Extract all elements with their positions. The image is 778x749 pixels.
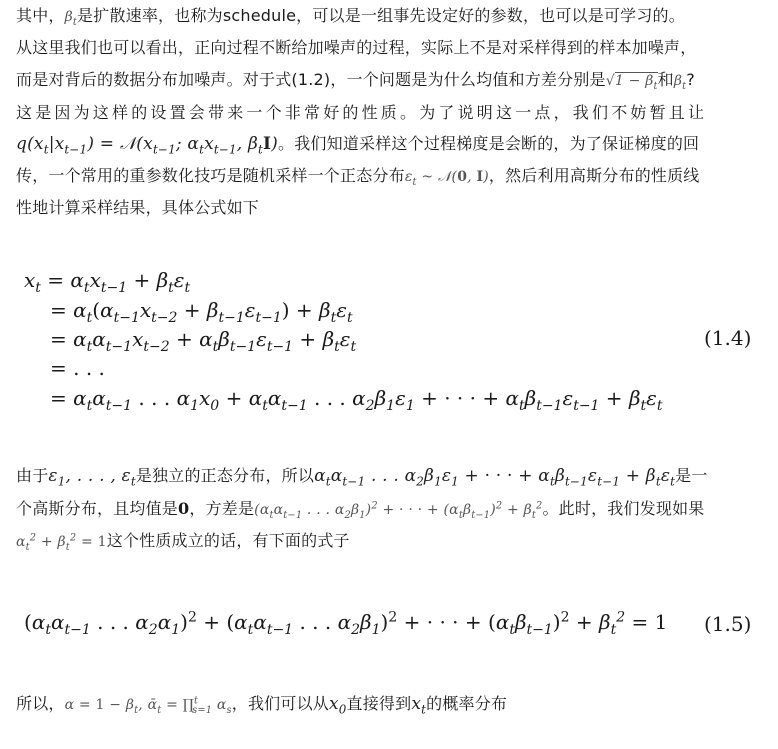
math-unit-condition: αt2 + βt2 = 1 (16, 534, 107, 550)
equation-row-2: = αt(αt−1xt−2 + βt−1εt−1) + βtεt (50, 298, 353, 322)
text: 是独立的正态分布，所以 (136, 466, 314, 485)
text: 个高斯分布，且均值是 (16, 499, 178, 518)
text: 直接得到 (347, 694, 412, 713)
math-sqrt-one-minus-beta: √1 − βt (606, 72, 658, 89)
math-beta-t: βt (65, 9, 77, 25)
math-xt: xt (411, 694, 426, 714)
text: 所以， (16, 694, 65, 713)
math-variance: (αtαt−1 . . . α2β1)2 + · · · + (αtβt−1)2… (254, 502, 542, 518)
text: 这个性质成立的话，有下面的式子 (107, 531, 350, 550)
paragraph-1-line-6: 传，一个常用的重参数化技巧是随机采样一个正态分布εt ~ 𝒩(0, I)，然后利… (16, 166, 700, 187)
text: ，我们可以从 (232, 694, 329, 713)
equation-row-1: xt = αtxt−1 + βtεt (24, 268, 190, 292)
math-q-definition: q(xt|xt−1) = 𝒩(xt−1; αtxt−1, βtI) (16, 134, 278, 154)
equation-row-5: = αtαt−1 . . . α1x0 + αtαt−1 . . . α2β1ε… (50, 386, 663, 410)
math-noise-sum: αtαt−1 . . . α2β1ε1 + · · · + αtβt−1εt−1… (314, 466, 675, 486)
text: 由于 (16, 466, 48, 485)
paragraph-1-line-1: 其中，βt是扩散速率，也称为schedule，可以是一组事先设定好的参数，也可以… (16, 6, 685, 27)
math-x0: x0 (329, 694, 347, 714)
math-epsilon-sequence: ε1, . . . , εt (48, 466, 135, 486)
text: 传，一个常用的重参数化技巧是随机采样一个正态分布 (16, 166, 405, 185)
paragraph-2-line-3: αt2 + βt2 = 1这个性质成立的话，有下面的式子 (16, 531, 350, 552)
text: 。我们知道采样这个过程梯度是会断的，为了保证梯度的回 (278, 134, 699, 153)
paragraph-1-line-7: 性地计算采样结果，具体公式如下 (16, 198, 259, 218)
paragraph-1-line-3: 而是对背后的数据分布加噪声。对于式(1.2)，一个问题是为什么均值和方差分别是√… (16, 70, 695, 91)
text: 是一 (675, 466, 707, 485)
paragraph-3: 所以，α = 1 − βt, ᾱt = ∏ts=1 αs，我们可以从x0直接得到… (16, 694, 507, 715)
math-beta-t: βt (674, 73, 686, 89)
equation-row-4: = . . . (50, 356, 105, 380)
paragraph-2-line-1: 由于ε1, . . . , εt是独立的正态分布，所以αtαt−1 . . . … (16, 466, 708, 486)
text: ? (686, 70, 695, 89)
text: 而是对背后的数据分布加噪声。对于式(1.2)，一个问题是为什么均值和方差分别是 (16, 70, 606, 89)
paragraph-2-line-2: 个高斯分布，且均值是0，方差是(αtαt−1 . . . α2β1)2 + · … (16, 499, 705, 520)
math-alpha-bar-definition: α = 1 − βt, ᾱt = ∏ts=1 αs (65, 697, 232, 713)
text: 是扩散速率，也称为schedule，可以是一组事先设定好的参数，也可以是可学习的… (77, 6, 685, 25)
equation-1-5: (αtαt−1 . . . α2α1)2 + (αtαt−1 . . . α2β… (24, 610, 667, 634)
text: ，方差是 (189, 499, 254, 518)
text: 和 (658, 70, 674, 89)
paragraph-1-line-4: 这是因为这样的设置会带来一个非常好的性质。为了说明这一点，我们不妨暂且让 (16, 103, 707, 123)
math-epsilon-normal: εt ~ 𝒩(0, I) (405, 169, 489, 185)
text: 的概率分布 (426, 694, 507, 713)
equation-number-1-5: (1.5) (704, 612, 751, 636)
equation-number-1-4: (1.4) (704, 326, 751, 350)
text: 。此时，我们发现如果 (542, 499, 704, 518)
math-zero: 0 (178, 499, 189, 518)
text: ，然后利用高斯分布的性质线 (489, 166, 700, 185)
paragraph-1-line-2: 从这里我们也可以看出，正向过程不断给加噪声的过程，实际上不是对采样得到的样本加噪… (16, 38, 696, 58)
equation-row-3: = αtαt−1xt−2 + αtβt−1εt−1 + βtεt (50, 327, 356, 351)
text: 其中， (16, 6, 65, 25)
paragraph-1-line-5: q(xt|xt−1) = 𝒩(xt−1; αtxt−1, βtI)。我们知道采样… (16, 134, 699, 154)
